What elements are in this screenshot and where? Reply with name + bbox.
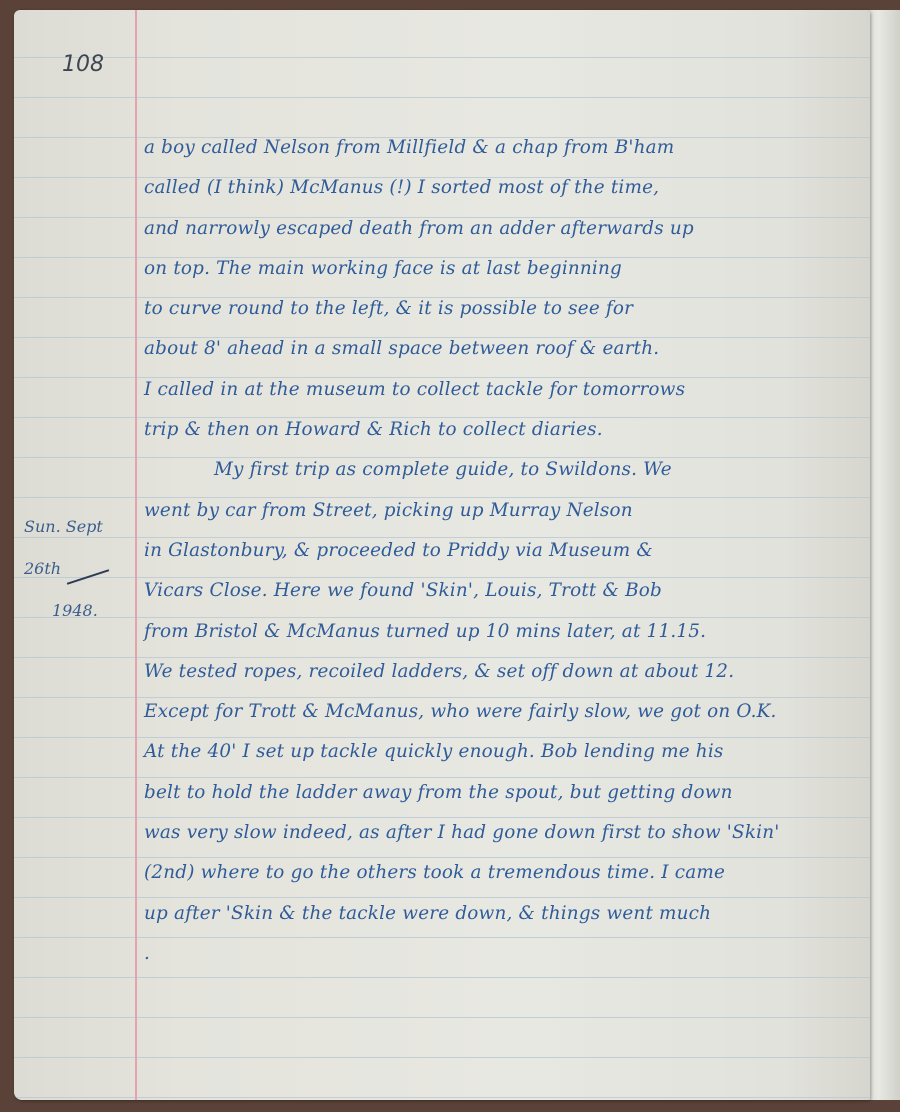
text-line: a boy called Nelson from Millfield & a c…	[144, 128, 870, 168]
notebook-page: 108 Sun. Sept 26th 1948. a boy called Ne…	[14, 10, 870, 1100]
text-line: and narrowly escaped death from an adder…	[144, 209, 870, 249]
text-line: in Glastonbury, & proceeded to Priddy vi…	[144, 531, 870, 571]
text-line-paragraph-start: My first trip as complete guide, to Swil…	[144, 450, 870, 490]
text-line: At the 40' I set up tackle quickly enoug…	[144, 732, 870, 772]
margin-rule	[135, 10, 137, 1100]
text-line: to curve round to the left, & it is poss…	[144, 289, 870, 329]
text-line: went by car from Street, picking up Murr…	[144, 491, 870, 531]
text-line: was very slow indeed, as after I had gon…	[144, 813, 870, 853]
text-line: from Bristol & McManus turned up 10 mins…	[144, 612, 870, 652]
margin-date-year: 1948.	[24, 590, 134, 632]
text-line: up after 'Skin & the tackle were down, &…	[144, 894, 870, 934]
text-line: trip & then on Howard & Rich to collect …	[144, 410, 870, 450]
margin-date-note: Sun. Sept 26th 1948.	[24, 506, 134, 632]
text-line: I called in at the museum to collect tac…	[144, 370, 870, 410]
text-line: (2nd) where to go the others took a trem…	[144, 853, 870, 893]
handwritten-entry: a boy called Nelson from Millfield & a c…	[144, 128, 870, 974]
text-line: called (I think) McManus (!) I sorted mo…	[144, 168, 870, 208]
text-line: belt to hold the ladder away from the sp…	[144, 773, 870, 813]
text-line: on top. The main working face is at last…	[144, 249, 870, 289]
page-number: 108	[62, 52, 104, 77]
text-line: about 8' ahead in a small space between …	[144, 329, 870, 369]
text-line: Vicars Close. Here we found 'Skin', Loui…	[144, 571, 870, 611]
text-line: We tested ropes, recoiled ladders, & set…	[144, 652, 870, 692]
margin-date-day: Sun. Sept 26th	[24, 506, 134, 590]
text-line: Except for Trott & McManus, who were fai…	[144, 692, 870, 732]
text-line-stray-mark: .	[144, 934, 870, 974]
